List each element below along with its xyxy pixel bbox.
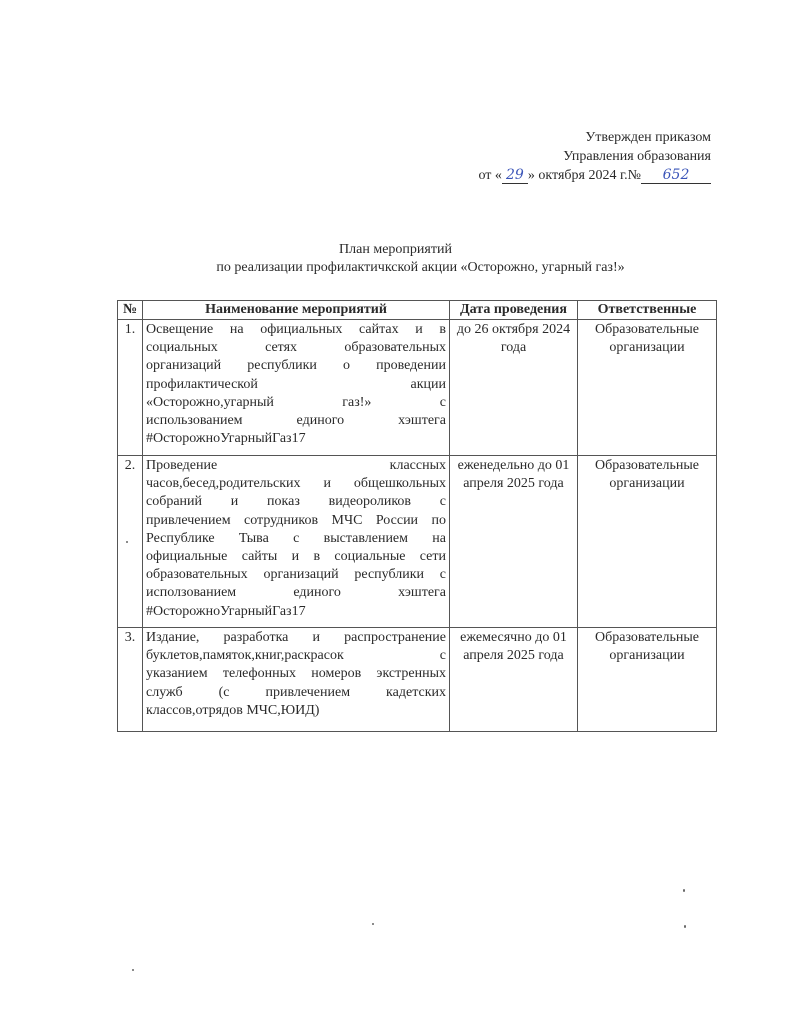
description-line: часов,бесед,родительских и общешкольных	[146, 475, 446, 493]
description-line: служб (с привлечением кадетских	[146, 684, 446, 702]
description-line: буклетов,памяток,книг,раскрасок с	[146, 647, 446, 665]
description-line: организаций республики о проведении	[146, 357, 446, 375]
approval-line-3: от «29» октября 2024 г.№652	[478, 166, 711, 185]
event-date: еженедельно до 01 апреля 2025 года	[450, 456, 578, 628]
table-row: 3.Издание, разработка и распространениеб…	[118, 628, 717, 732]
header-number: №	[118, 301, 143, 320]
event-responsible: Образовательные организации	[578, 628, 717, 732]
description-line: #ОсторожноУгарныйГаз17	[146, 603, 446, 621]
description-line: #ОсторожноУгарныйГаз17	[146, 430, 446, 448]
document-title: План мероприятий по реализации профилакт…	[0, 241, 791, 277]
approval-line-2: Управления образования	[478, 147, 711, 166]
description-line: социальных сетях образовательных	[146, 339, 446, 357]
description-line: Республике Тыва с выставлением на	[146, 530, 446, 548]
description-line: Издание, разработка и распространение	[146, 629, 446, 647]
order-day-handwritten: 29	[502, 167, 528, 184]
header-date: Дата проведения	[450, 301, 578, 320]
row-number: 3.	[118, 628, 143, 732]
description-line: привлечением сотрудников МЧС России по	[146, 512, 446, 530]
description-line: Проведение классных	[146, 457, 446, 475]
table-row: 1.Освещение на официальных сайтах и всоц…	[118, 320, 717, 456]
scan-speck	[683, 889, 685, 892]
table-header-row: № Наименование мероприятий Дата проведен…	[118, 301, 717, 320]
event-description: Проведение классныхчасов,бесед,родительс…	[143, 456, 450, 628]
events-plan-table: № Наименование мероприятий Дата проведен…	[117, 300, 717, 732]
order-number-handwritten: 652	[641, 167, 711, 184]
description-line: «Осторожно,угарный газ!» с	[146, 394, 446, 412]
event-responsible: Образовательные организации	[578, 320, 717, 456]
description-line: исползованием единого хэштега	[146, 584, 446, 602]
approval-line-1: Утвержден приказом	[478, 128, 711, 147]
row-number: 1.	[118, 320, 143, 456]
order-date-middle: » октября 2024 г.№	[528, 168, 641, 183]
event-date: до 26 октября 2024 года	[450, 320, 578, 456]
description-line: Освещение на официальных сайтах и в	[146, 321, 446, 339]
row-number: 2.	[118, 456, 143, 628]
description-line: официальные сайты и в социальные сети	[146, 548, 446, 566]
description-line: указанием телефонных номеров экстренных	[146, 665, 446, 683]
event-responsible: Образовательные организации	[578, 456, 717, 628]
scan-speck	[684, 925, 686, 928]
description-line: собраний и показ видеороликов с	[146, 493, 446, 511]
description-line: образовательных организаций республики с	[146, 566, 446, 584]
order-date-prefix: от «	[478, 168, 501, 183]
table-row: 2.Проведение классныхчасов,бесед,родител…	[118, 456, 717, 628]
event-date: ежемесячно до 01 апреля 2025 года	[450, 628, 578, 732]
title-line-2: по реализации профилактичкской акции «Ос…	[0, 259, 791, 277]
title-line-1: План мероприятий	[0, 241, 791, 259]
description-line: использованием единого хэштега	[146, 412, 446, 430]
scan-speck	[126, 541, 128, 543]
scan-speck	[372, 923, 374, 925]
header-responsible: Ответственные	[578, 301, 717, 320]
event-description: Издание, разработка и распространениебук…	[143, 628, 450, 732]
description-line: классов,отрядов МЧС,ЮИД)	[146, 702, 446, 720]
scan-speck	[132, 969, 134, 971]
event-description: Освещение на официальных сайтах и всоциа…	[143, 320, 450, 456]
approval-block: Утвержден приказом Управления образовани…	[478, 128, 711, 185]
description-line: профилактической акции	[146, 376, 446, 394]
header-event-name: Наименование мероприятий	[143, 301, 450, 320]
